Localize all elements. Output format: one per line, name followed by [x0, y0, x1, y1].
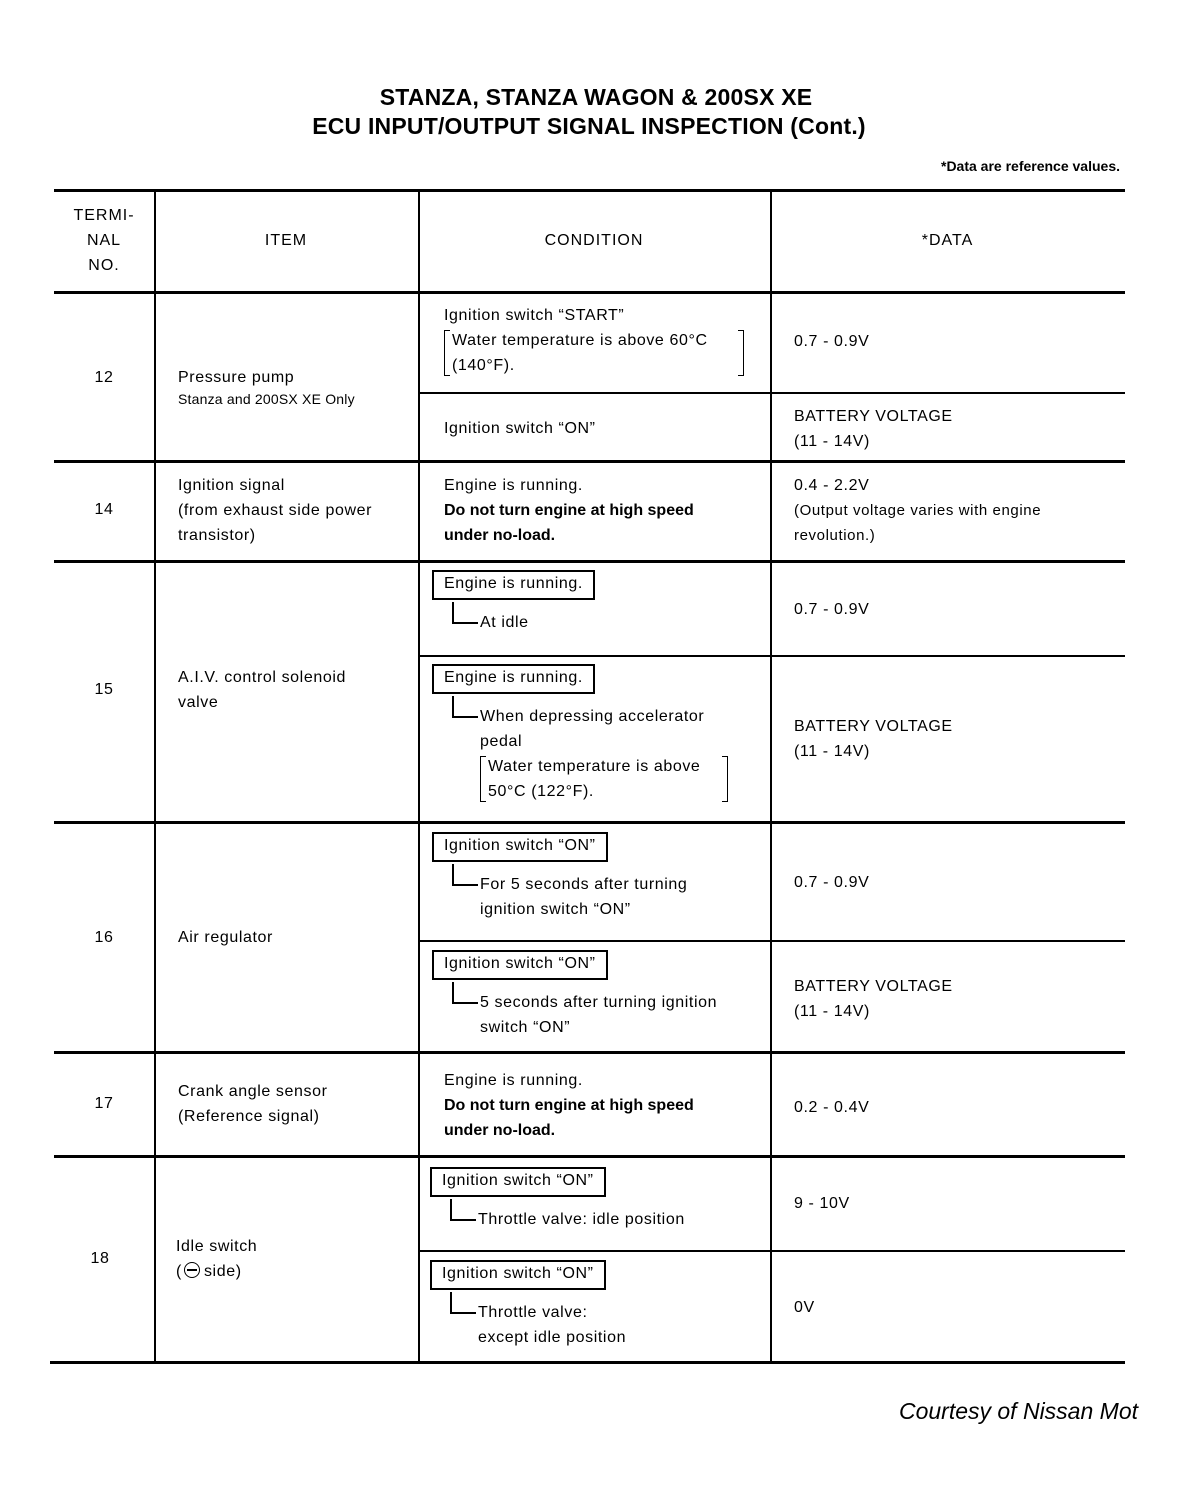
condition: Ignition switch “ON” 5 seconds after tur…	[432, 950, 762, 1040]
side-prefix: (	[176, 1263, 182, 1280]
document-title-line-2: ECU INPUT/OUTPUT SIGNAL INSPECTION (Cont…	[0, 113, 1178, 140]
condition-main: Engine is running.	[444, 473, 764, 498]
condition: Engine is running. Do not turn engine at…	[444, 1068, 764, 1143]
sub-line: ignition switch “ON”	[480, 897, 762, 922]
condition-boxed: Engine is running.	[432, 570, 595, 600]
condition-sub: For 5 seconds after turning ignition swi…	[432, 872, 762, 922]
item-name: Ignition signal (from exhaust side power…	[178, 473, 418, 548]
sub-line: Throttle valve:	[478, 1300, 760, 1325]
header-item: ITEM	[154, 228, 418, 253]
side-suffix: side)	[204, 1263, 242, 1280]
item-line: Idle switch	[176, 1234, 416, 1259]
terminal-number: 15	[54, 677, 154, 702]
data-line: (Output voltage varies with engine	[794, 498, 1041, 523]
data-value: 0.7 - 0.9V	[794, 597, 869, 622]
sub-line: When depressing accelerator	[480, 704, 762, 729]
condition: Ignition switch “START” Water temperatur…	[444, 303, 764, 378]
condition-sub: Throttle valve: except idle position	[430, 1300, 760, 1350]
data-value: 0.7 - 0.9V	[794, 870, 869, 895]
courtesy-credit: Courtesy of Nissan Mot	[899, 1398, 1138, 1425]
sub-line: 5 seconds after turning ignition	[480, 990, 762, 1015]
condition-sub: Throttle valve: idle position	[430, 1207, 760, 1232]
condition-boxed: Engine is running.	[432, 664, 595, 694]
data-line: 0.2 - 0.4V	[794, 1095, 869, 1120]
condition: Engine is running. When depressing accel…	[432, 664, 762, 804]
condition: Ignition switch “ON” Throttle valve: exc…	[430, 1260, 760, 1350]
item-line: Air regulator	[178, 925, 418, 950]
condition-main: Engine is running.	[444, 1068, 764, 1093]
header-terminal-no: TERMI- NAL NO.	[54, 203, 154, 278]
item-line: transistor)	[178, 523, 418, 548]
item-name: A.I.V. control solenoid valve	[178, 665, 418, 715]
item-name: Crank angle sensor (Reference signal)	[178, 1079, 418, 1129]
header-terminal-line: TERMI-	[54, 203, 154, 228]
negative-terminal-icon	[184, 1262, 200, 1278]
condition-sub: 5 seconds after turning ignition switch …	[432, 990, 762, 1040]
condition-boxed: Ignition switch “ON”	[430, 1260, 606, 1290]
sub-line: except idle position	[478, 1325, 760, 1350]
data-line: (11 - 14V)	[794, 999, 953, 1024]
condition: Engine is running. Do not turn engine at…	[444, 473, 764, 548]
data-value: BATTERY VOLTAGE (11 - 14V)	[794, 404, 953, 454]
condition-warning: Do not turn engine at high speed	[444, 1093, 764, 1118]
data-value: 0.4 - 2.2V (Output voltage varies with e…	[794, 473, 1041, 548]
sub-line: switch “ON”	[480, 1015, 762, 1040]
condition-main: Ignition switch “START”	[444, 303, 764, 328]
terminal-number: 16	[54, 925, 154, 950]
data-line: 0.7 - 0.9V	[794, 597, 869, 622]
data-line: 0.7 - 0.9V	[794, 870, 869, 895]
item-line: Ignition signal	[178, 473, 418, 498]
item-name: Air regulator	[178, 925, 418, 950]
terminal-number: 18	[50, 1246, 150, 1271]
data-line: BATTERY VOLTAGE	[794, 404, 953, 429]
data-value: 9 - 10V	[794, 1191, 850, 1216]
item-note: Stanza and 200SX XE Only	[178, 390, 418, 408]
header-terminal-line: NAL	[54, 228, 154, 253]
data-line: 9 - 10V	[794, 1191, 850, 1216]
condition-warning: under no-load.	[444, 1118, 764, 1143]
terminal-number: 12	[54, 365, 154, 390]
data-value: 0V	[794, 1295, 815, 1320]
condition: Ignition switch “ON”	[444, 416, 596, 441]
header-terminal-line: NO.	[54, 253, 154, 278]
data-line: 0.4 - 2.2V	[794, 473, 1041, 498]
reference-note: *Data are reference values.	[941, 158, 1120, 174]
data-line: (11 - 14V)	[794, 739, 953, 764]
sub-line: pedal	[480, 729, 762, 754]
item-name: Pressure pump Stanza and 200SX XE Only	[178, 365, 418, 408]
item-line: Crank angle sensor	[178, 1079, 418, 1104]
header-condition: CONDITION	[418, 228, 770, 253]
condition-sub: At idle	[432, 610, 762, 635]
bracket-line: (140°F).	[452, 353, 734, 378]
data-line: 0.7 - 0.9V	[794, 329, 869, 354]
document-title-line-1: STANZA, STANZA WAGON & 200SX XE	[7, 84, 1178, 111]
bracket-line: 50°C (122°F).	[488, 779, 718, 804]
data-value: BATTERY VOLTAGE (11 - 14V)	[794, 714, 953, 764]
condition-sub: When depressing accelerator pedal Water …	[432, 704, 762, 804]
item-name: Idle switch (side)	[176, 1234, 416, 1284]
header-data: *DATA	[770, 228, 1125, 253]
terminal-number: 14	[54, 497, 154, 522]
condition-warning: Do not turn engine at high speed	[444, 498, 764, 523]
item-line: A.I.V. control solenoid	[178, 665, 418, 690]
terminal-number: 17	[54, 1091, 154, 1116]
condition: Ignition switch “ON” For 5 seconds after…	[432, 832, 762, 922]
data-line: revolution.)	[794, 523, 1041, 548]
bracket-line: Water temperature is above 60°C	[452, 328, 734, 353]
data-line: 0V	[794, 1295, 815, 1320]
condition-boxed: Ignition switch “ON”	[432, 832, 608, 862]
item-side-note: (side)	[176, 1259, 416, 1284]
sub-line: For 5 seconds after turning	[480, 872, 762, 897]
data-value: 0.2 - 0.4V	[794, 1095, 869, 1120]
data-value: 0.7 - 0.9V	[794, 329, 869, 354]
condition-boxed: Ignition switch “ON”	[432, 950, 608, 980]
condition-warning: under no-load.	[444, 523, 764, 548]
data-line: BATTERY VOLTAGE	[794, 974, 953, 999]
data-line: BATTERY VOLTAGE	[794, 714, 953, 739]
condition-boxed: Ignition switch “ON”	[430, 1167, 606, 1197]
item-line: (from exhaust side power	[178, 498, 418, 523]
data-line: (11 - 14V)	[794, 429, 953, 454]
condition-main: Ignition switch “ON”	[444, 416, 596, 441]
condition-bracket-note: Water temperature is above 60°C (140°F).	[444, 328, 744, 378]
condition-bracket-note: Water temperature is above 50°C (122°F).	[480, 754, 728, 804]
item-line: (Reference signal)	[178, 1104, 418, 1129]
condition: Engine is running. At idle	[432, 570, 762, 635]
item-line: Pressure pump	[178, 365, 418, 390]
item-line: valve	[178, 690, 418, 715]
data-value: BATTERY VOLTAGE (11 - 14V)	[794, 974, 953, 1024]
condition: Ignition switch “ON” Throttle valve: idl…	[430, 1167, 760, 1232]
bracket-line: Water temperature is above	[488, 754, 718, 779]
